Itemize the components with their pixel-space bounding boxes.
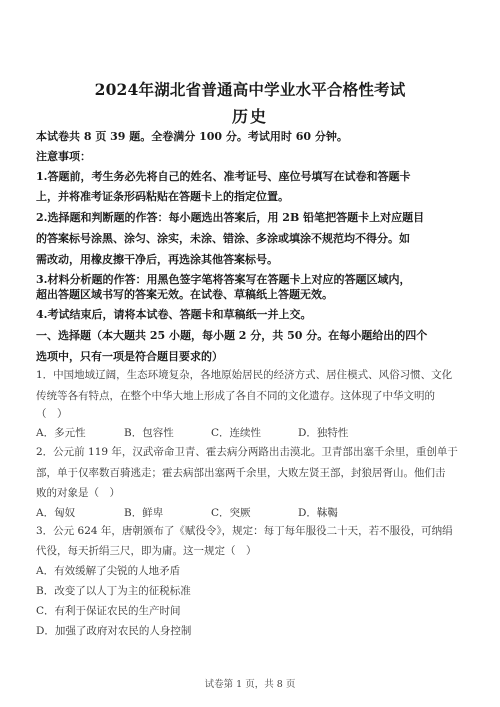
notice-4-line-1: 4.考试结束后，请将本试卷、答题卡和草稿纸一并上交。 [36, 308, 466, 322]
exam-subject: 历史 [0, 104, 500, 127]
exam-summary: 本试卷共 8 页 39 题。全卷满分 100 分。考试用时 60 分钟。 [36, 130, 466, 144]
notice-2-line-2: 的答案标号涂黑、涂匀、涂实，未涂、错涂、多涂或填涂不规范均不得分。如 [36, 232, 466, 246]
question-3-option-b: B．改变了以人丁为主的征税标准 [36, 584, 466, 598]
option-b: B．鲜卑 [124, 505, 163, 520]
option-b: B．包容性 [124, 425, 174, 440]
exam-title: 2024年湖北省普通高中学业水平合格性考试 [0, 78, 500, 100]
option-c: C．突厥 [211, 505, 251, 520]
question-2-options: A．匈奴 B．鲜卑 C．突厥 D．靺鞨 [36, 505, 466, 519]
question-3-option-a: A．有效缓解了尖锐的人地矛盾 [36, 564, 466, 578]
notice-2-line-1: 2.选择题和判断题的作答：每小题选出答案后，用 2B 铅笔把答题卡上对应题目 [36, 211, 466, 225]
question-1-line-2: 传统等各有特点，在整个中华大地上形成了各自不同的文化遗存。这体现了中华文明的 [36, 389, 466, 403]
exam-page: 2024年湖北省普通高中学业水平合格性考试 历史 本试卷共 8 页 39 题。全… [0, 0, 500, 707]
notice-3-line-1: 3.材料分析题的作答：用黑色签字笔将答案写在答题卡上对应的答题区域内， [36, 273, 466, 287]
question-1-line-1: 1．中国地域辽阔，生态环境复杂，各地原始居民的经济方式、居住模式、风俗习惯、文化 [36, 368, 466, 382]
option-d: D．靺鞨 [298, 505, 338, 520]
notice-1-line-2: 上，并将准考证条形码粘贴在答题卡上的指定位置。 [36, 190, 466, 204]
option-d: D．独特性 [298, 425, 348, 440]
option-c: C．连续性 [211, 425, 261, 440]
question-3-line-2: 代役，每天折绢三尺，即为庸。这一规定（ ） [36, 544, 466, 558]
notice-heading: 注意事项： [36, 150, 466, 164]
question-3-line-1: 3．公元 624 年，唐朝颁布了《赋役令》，规定：每丁每年服役二十天，若不服役，… [36, 524, 466, 538]
option-a: A．匈奴 [36, 505, 75, 520]
question-2-line-2: 部，单于仅率数百骑逃走；霍去病部出塞两千余里，大败左贤王部，封狼居胥山。他们击 [36, 466, 466, 480]
question-1-options: A．多元性 B．包容性 C．连续性 D．独特性 [36, 425, 466, 439]
question-3-option-d: D．加强了政府对农民的人身控制 [36, 624, 466, 638]
section-heading-line-2: 选项中，只有一项是符合题目要求的） [36, 350, 466, 364]
question-2-line-3: 败的对象是（ ） [36, 486, 466, 500]
notice-2-line-3: 需改动，用橡皮擦干净后，再选涂其他答案标号。 [36, 253, 466, 267]
option-a: A．多元性 [36, 425, 86, 440]
notice-3-line-2: 超出答题区域书写的答案无效。在试卷、草稿纸上答题无效。 [36, 288, 466, 302]
question-1-line-3: （ ） [36, 407, 466, 421]
page-footer: 试卷第 1 页，共 8 页 [0, 676, 500, 690]
question-2-line-1: 2．公元前 119 年，汉武帝命卫青、霍去病分两路出击漠北。卫青部出塞千余里，重… [36, 445, 466, 459]
notice-1-line-1: 1.答题前，考生务必先将自己的姓名、准考证号、座位号填写在试卷和答题卡 [36, 170, 466, 184]
question-3-option-c: C．有利于保证农民的生产时间 [36, 604, 466, 618]
section-heading-line-1: 一、选择题（本大题共 25 小题，每小题 2 分，共 50 分。在每小题给出的四… [36, 329, 466, 343]
